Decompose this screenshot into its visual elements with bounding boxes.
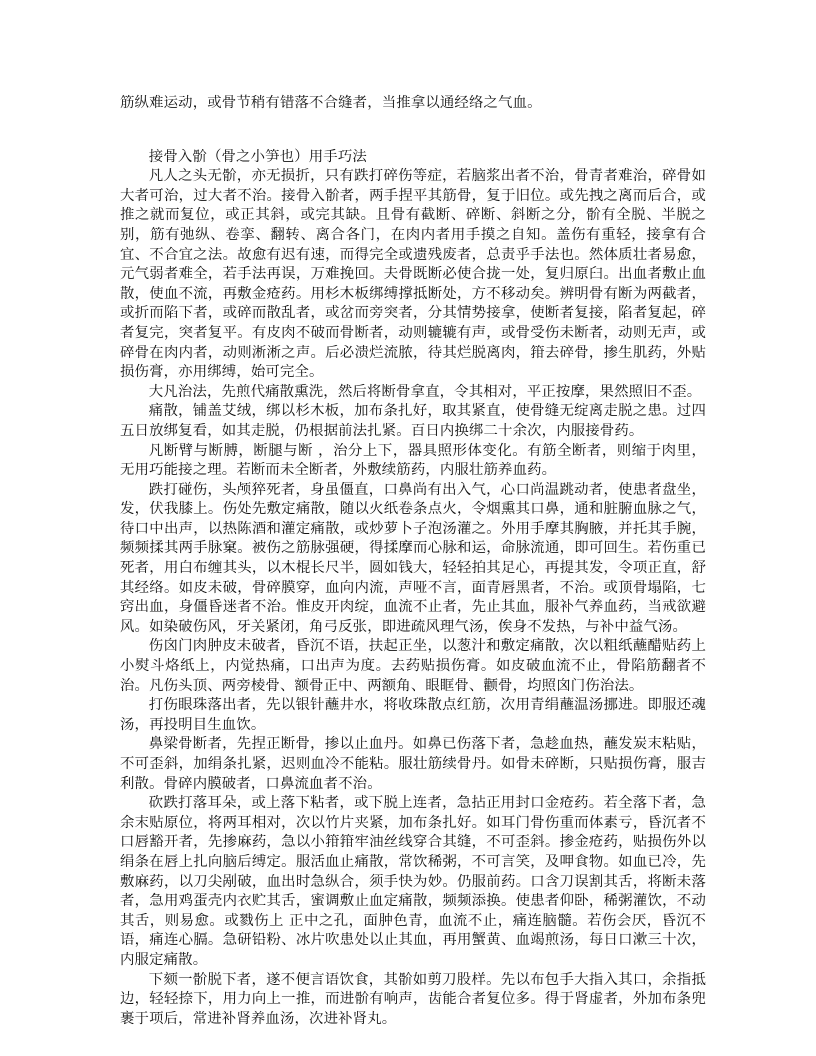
paragraph-2: 大凡治法，先煎代痛散熏洗，然后将断骨拿直，令其相对，平正按摩，果然照旧不歪。 [120,383,706,403]
section-heading: 接骨入骱（骨之小笋也）用手巧法 [120,148,706,168]
paragraph-10: 下颏一骱脱下者，遂不便言语饮食，其骱如剪刀股样。先以布包手大指入其口，余指抵边，… [120,971,706,1030]
paragraph-6: 伤囟门肉肿皮未破者，昏沉不语，扶起正坐，以葱汁和敷定痛散，次以粗纸蘸醋贴药上小熨… [120,637,706,696]
section-spacer [120,114,706,148]
paragraph-9: 砍跌打落耳朵，或上落下粘者，或下脱上连者，急拈正用封口金疮药。若全落下者，急余末… [120,794,706,970]
continuation-paragraph: 筋纵难运动，或骨节稍有错落不合缝者，当推拿以通经络之气血。 [120,94,706,114]
paragraph-7: 打伤眼珠落出者，先以银针蘸井水，将收珠散点红筋，次用青绢蘸温汤挪进。即服还魂汤，… [120,696,706,735]
paragraph-5: 跌打碰伤，头颅猝死者，身虽僵直，口鼻尚有出入气，心口尚温跳动者，使患者盘坐，发，… [120,481,706,638]
document-page: 筋纵难运动，或骨节稍有错落不合缝者，当推拿以通经络之气血。 接骨入骱（骨之小笋也… [120,94,706,1029]
paragraph-3: 痛散，铺盖艾绒，绑以杉木板，加布条扎好，取其紧直，使骨缝无绽离走脱之患。过四五日… [120,402,706,441]
paragraph-4: 凡断臂与断膊，断腿与断 ，治分上下，器具照形体变化。有筋全断者，则缩于肉里，无用… [120,442,706,481]
paragraph-1: 凡人之头无骱，亦无损折，只有跌打碎伤等症，若脑浆出者不治，骨青者难治，碎骨如大者… [120,167,706,383]
paragraph-8: 鼻梁骨断者，先捏正断骨，掺以止血丹。如鼻已伤落下者，急趁血热，蘸发炭末粘贴，不可… [120,735,706,794]
